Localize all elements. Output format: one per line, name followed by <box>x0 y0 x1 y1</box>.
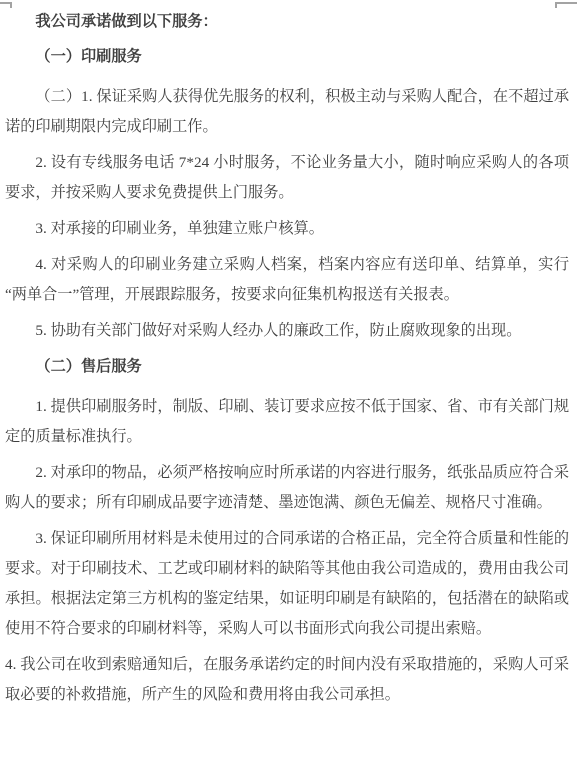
section-heading-printing-service: （一）印刷服务 <box>5 42 569 72</box>
paragraph-printing-1: （二）1. 保证采购人获得优先服务的权利，积极主动与采购人配合，在不超过承诺的印… <box>5 82 569 142</box>
paragraph-closing: 4. 我公司在收到索赔通知后，在服务承诺约定的时间内没有采取措施的，采购人可采取… <box>5 650 569 710</box>
paragraph-printing-2: 2. 设有专线服务电话 7*24 小时服务，不论业务量大小，随时响应采购人的各项… <box>5 148 569 208</box>
section-after-sales-service: （二）售后服务 1. 提供印刷服务时，制版、印刷、装订要求应按不低于国家、省、市… <box>5 352 569 644</box>
section-printing-service: （一）印刷服务 （二）1. 保证采购人获得优先服务的权利，积极主动与采购人配合，… <box>5 42 569 346</box>
document-title: 我公司承诺做到以下服务： <box>5 7 569 37</box>
paragraph-printing-4: 4. 对采购人的印刷业务建立采购人档案，档案内容应有送印单、结算单，实行“两单合… <box>5 250 569 310</box>
paragraph-after-sales-2: 2. 对承印的物品，必须严格按响应时所承诺的内容进行服务，纸张品质应符合采购人的… <box>5 458 569 518</box>
paragraph-printing-3: 3. 对承接的印刷业务，单独建立账户核算。 <box>5 214 569 244</box>
top-right-corner-mark <box>555 2 577 4</box>
top-left-corner-tick <box>10 2 12 8</box>
document-page: 我公司承诺做到以下服务： （一）印刷服务 （二）1. 保证采购人获得优先服务的权… <box>0 0 577 779</box>
section-heading-after-sales-service: （二）售后服务 <box>5 352 569 382</box>
paragraph-after-sales-1: 1. 提供印刷服务时，制版、印刷、装订要求应按不低于国家、省、市有关部门规定的质… <box>5 392 569 452</box>
paragraph-printing-5: 5. 协助有关部门做好对采购人经办人的廉政工作，防止腐败现象的出现。 <box>5 316 569 346</box>
top-right-corner-tick <box>555 2 557 8</box>
paragraph-after-sales-3: 3. 保证印刷所用材料是未使用过的合同承诺的合格正品，完全符合质量和性能的要求。… <box>5 524 569 644</box>
